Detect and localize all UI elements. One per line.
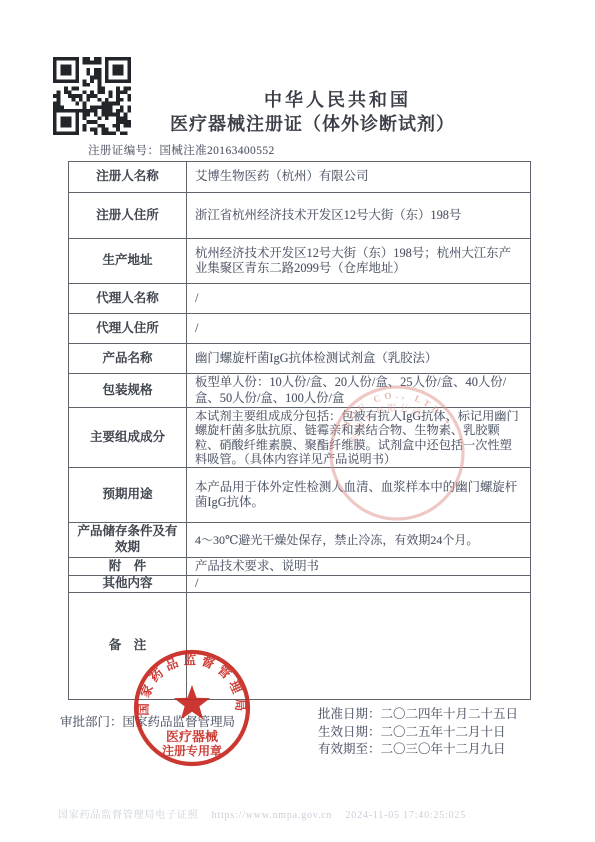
row-value: / — [187, 314, 530, 343]
row-value: 浙江省杭州经济技术开发区12号大街（东）198号 — [187, 193, 530, 238]
table-row: 代理人名称/ — [69, 284, 530, 314]
certificate-number-label: 注册证编号： — [88, 145, 159, 157]
expiry-date-label: 有效期至： — [318, 742, 381, 756]
row-value: 幽门螺旋杆菌IgG抗体检测试剂盒（乳胶法） — [187, 344, 530, 373]
table-row: 产品名称幽门螺旋杆菌IgG抗体检测试剂盒（乳胶法） — [69, 344, 530, 374]
effective-date: 生效日期：二〇二五年十二月十日 — [318, 724, 518, 742]
table-row: 注册人名称艾博生物医药（杭州）有限公司 — [69, 162, 530, 193]
row-label: 产品名称 — [69, 344, 187, 373]
row-value: 杭州经济技术开发区12号大街（东）198号；杭州大江东产业集聚区青东二路2099… — [187, 239, 530, 283]
approval-date: 批准日期：二〇二四年十月二十五日 — [318, 706, 518, 724]
certificate-page: 中华人民共和国 医疗器械注册证（体外诊断试剂） 注册证编号：国械注准201634… — [0, 0, 595, 842]
row-value: 4～30℃避光干燥处保存，禁止冷冻，有效期24个月。 — [187, 523, 530, 557]
row-label: 主要组成成分 — [69, 408, 187, 467]
row-value: / — [187, 576, 530, 592]
row-value: 艾博生物医药（杭州）有限公司 — [187, 162, 530, 192]
row-value: / — [187, 284, 530, 313]
stamp-star-icon — [174, 685, 210, 719]
row-label: 其他内容 — [69, 576, 187, 592]
expiry-date-value: 二〇三〇年十二月九日 — [381, 742, 506, 756]
certificate-number-value: 国械注准20163400552 — [159, 145, 274, 157]
row-label: 预期用途 — [69, 468, 187, 522]
approval-department-label: 审批部门： — [60, 715, 123, 729]
row-label: 代理人住所 — [69, 314, 187, 343]
stamp-center-line2: 注册专用章 — [162, 743, 222, 758]
table-row: 附 件产品技术要求、说明书 — [69, 558, 530, 576]
row-label: 产品储存条件及有效期 — [69, 523, 187, 557]
effective-date-label: 生效日期： — [318, 725, 381, 739]
table-row: 产品储存条件及有效期4～30℃避光干燥处保存，禁止冷冻，有效期24个月。 — [69, 523, 530, 558]
certificate-number: 注册证编号：国械注准20163400552 — [88, 142, 275, 158]
row-label: 附 件 — [69, 558, 187, 575]
date-block: 批准日期：二〇二四年十月二十五日 生效日期：二〇二五年十二月十日 有效期至：二〇… — [318, 706, 518, 759]
row-label: 生产地址 — [69, 239, 187, 283]
certificate-title: 医疗器械注册证（体外诊断试剂） — [60, 110, 565, 136]
row-label: 注册人住所 — [69, 193, 187, 238]
table-row: 注册人住所浙江省杭州经济技术开发区12号大街（东）198号 — [69, 193, 530, 239]
ecert-footer-text: 国家药品监督管理局电子证照 https://www.nmpa.gov.cn 20… — [58, 806, 466, 821]
company-seal-stamp-icon: HOU CO., LTD * （杭州）有限公司 — [322, 378, 472, 528]
table-row: 其他内容/ — [69, 576, 530, 593]
row-label: 包装规格 — [69, 374, 187, 407]
country-title: 中华人民共和国 — [120, 86, 555, 112]
expiry-date: 有效期至：二〇三〇年十二月九日 — [318, 741, 518, 759]
nmpa-registration-stamp-icon: 国家药品监督管理局 医疗器械 注册专用章 — [130, 646, 254, 770]
row-label: 注册人名称 — [69, 162, 187, 192]
approval-date-label: 批准日期： — [318, 707, 381, 721]
stamp-center-line1: 医疗器械 — [166, 729, 219, 744]
row-value: 产品技术要求、说明书 — [187, 558, 530, 575]
table-row: 代理人住所/ — [69, 314, 530, 344]
approval-date-value: 二〇二四年十月二十五日 — [381, 707, 519, 721]
row-label: 代理人名称 — [69, 284, 187, 313]
table-row: 生产地址杭州经济技术开发区12号大街（东）198号；杭州大江东产业集聚区青东二路… — [69, 239, 530, 284]
effective-date-value: 二〇二五年十二月十日 — [381, 725, 506, 739]
